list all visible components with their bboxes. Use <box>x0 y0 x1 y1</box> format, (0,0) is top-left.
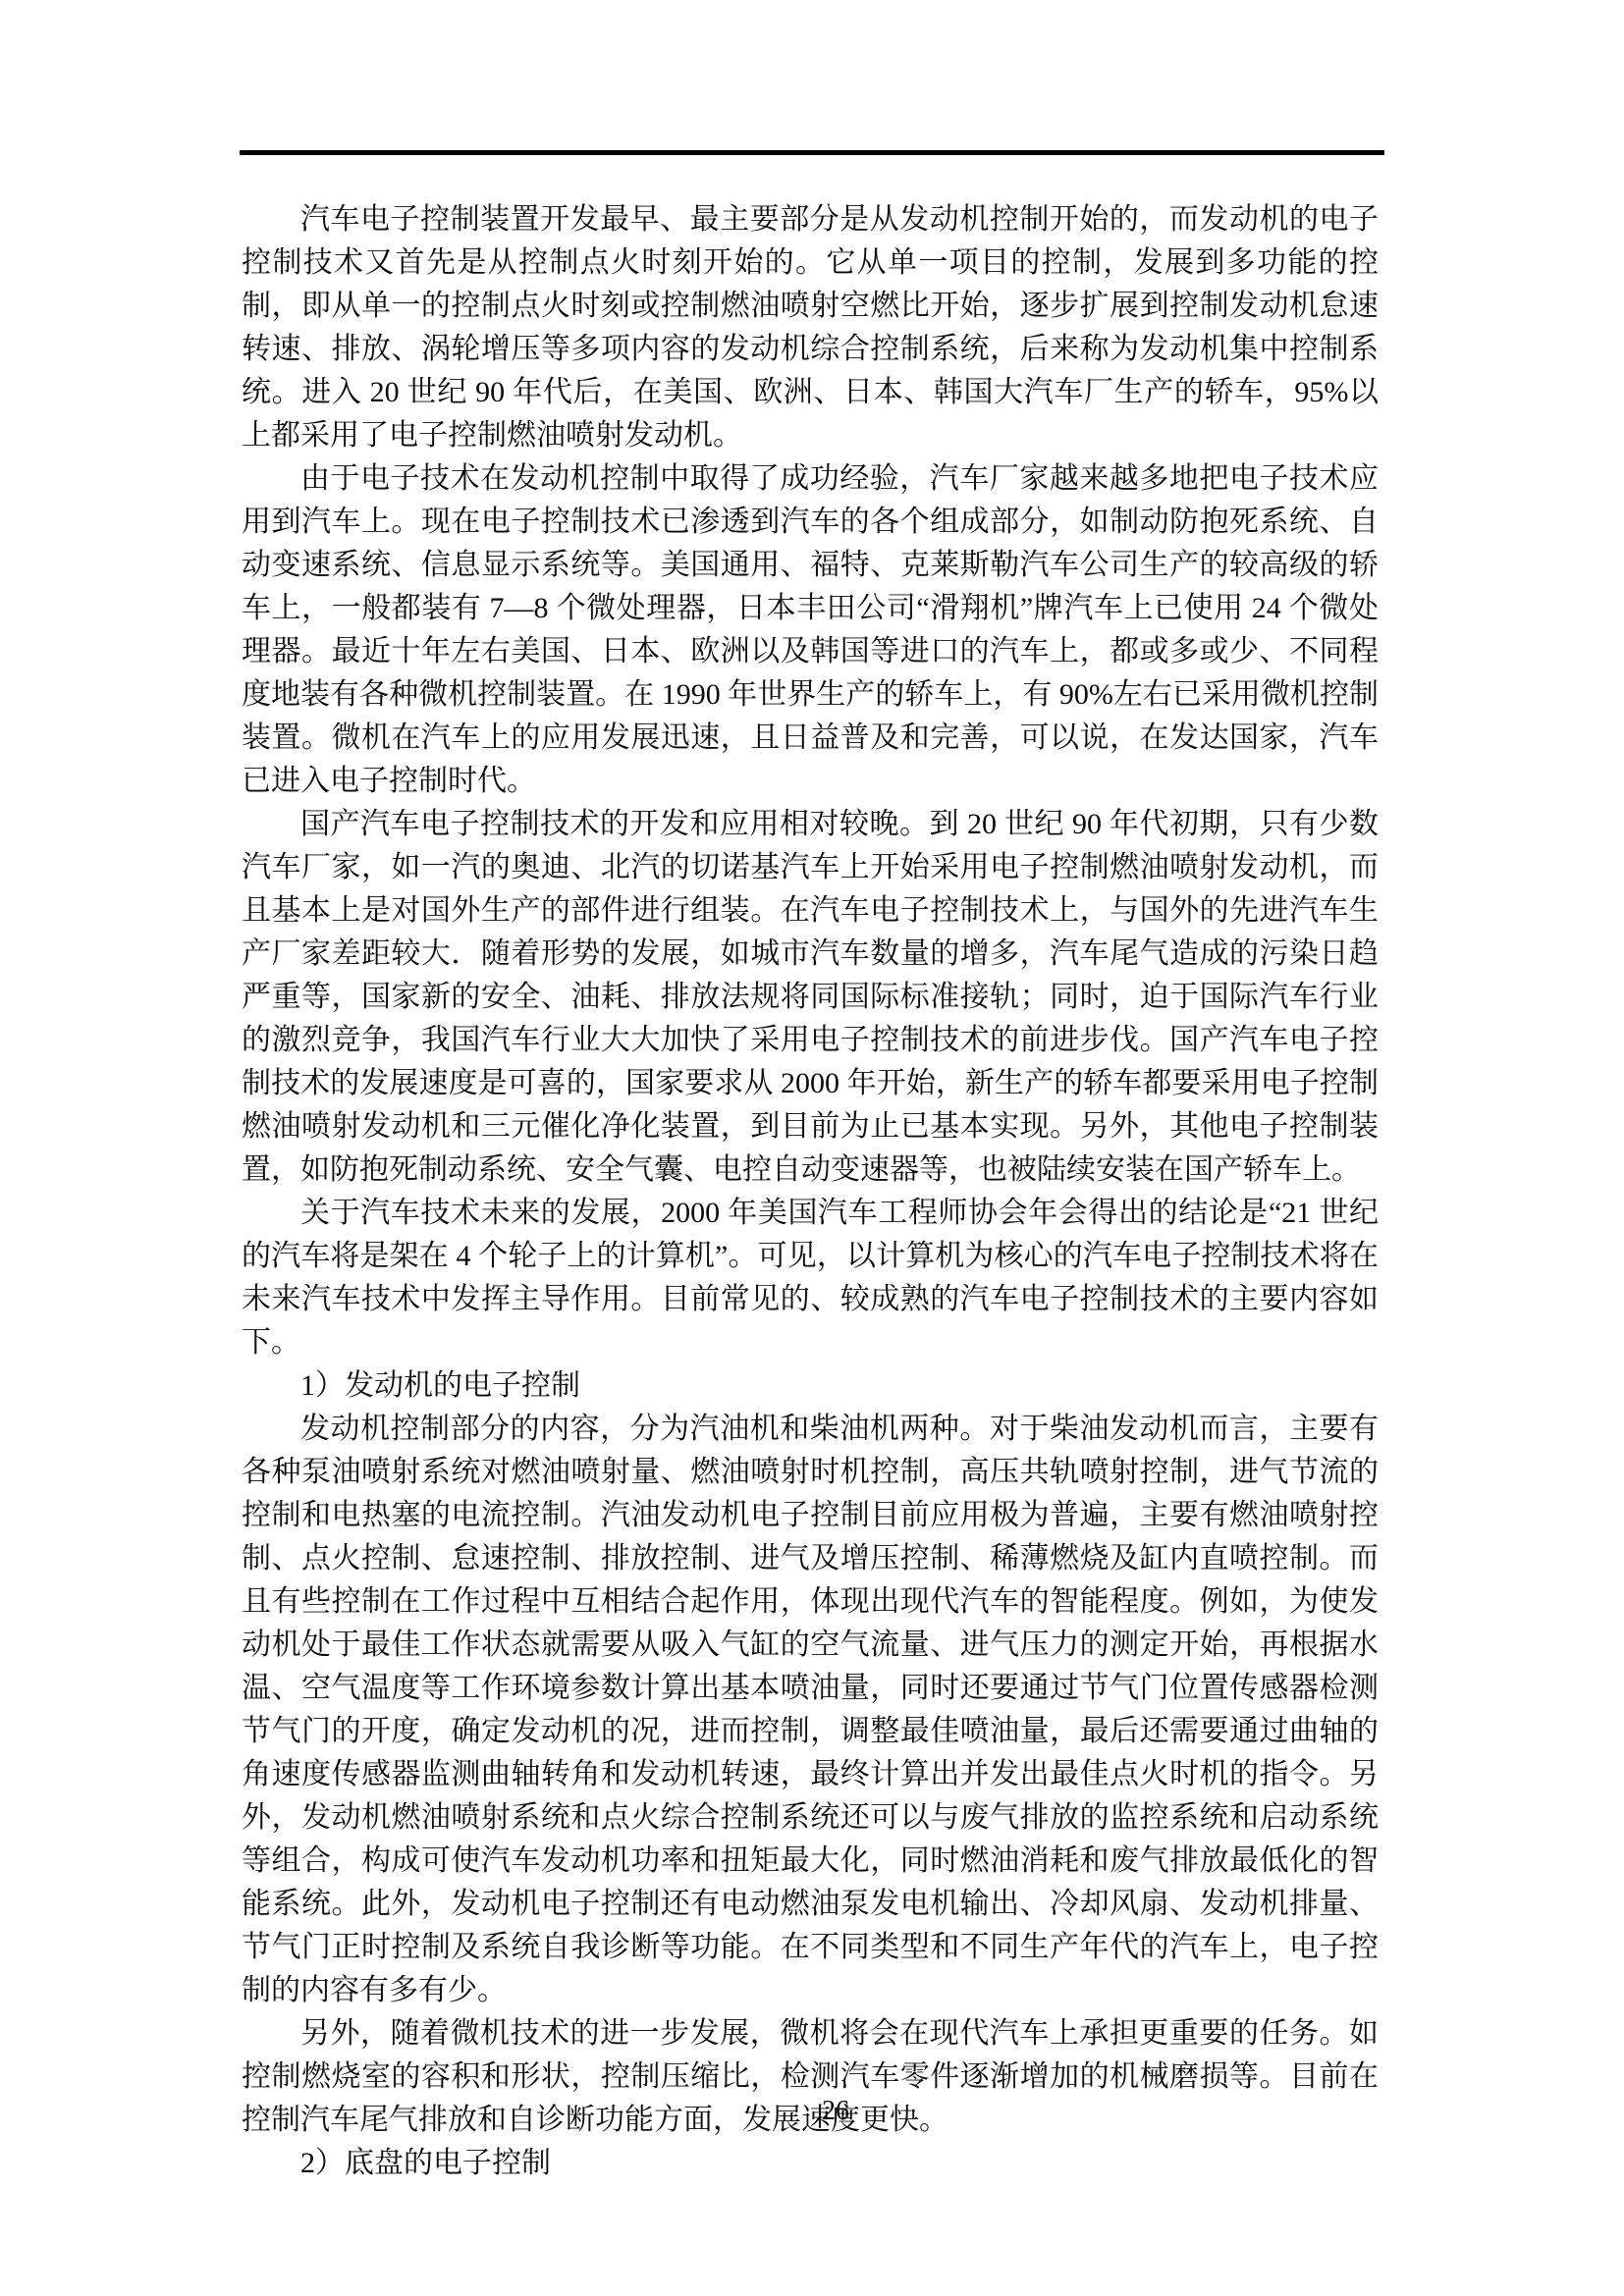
paragraph-electronics-spread: 由于电子技术在发动机控制中取得了成功经验，汽车厂家越来越多地把电子技术应用到汽车… <box>242 457 1379 803</box>
document-body: 汽车电子控制装置开发最早、最主要部分是从发动机控制开始的，而发动机的电子控制技术… <box>242 198 1379 2185</box>
paragraph-engine-history: 汽车电子控制装置开发最早、最主要部分是从发动机控制开始的，而发动机的电子控制技术… <box>242 198 1379 457</box>
heading-engine-electronic-control: 1）发动机的电子控制 <box>242 1364 1379 1408</box>
header-divider <box>240 150 1384 155</box>
page-number: 26 <box>24 2095 1624 2128</box>
paragraph-future-outlook: 关于汽车技术未来的发展，2000 年美国汽车工程师协会年会得出的结论是“21 世… <box>242 1192 1379 1364</box>
paragraph-engine-control-details: 发动机控制部分的内容，分为汽油机和柴油机两种。对于柴油发动机而言，主要有各种泵油… <box>242 1408 1379 2012</box>
document-page: 汽车电子控制装置开发最早、最主要部分是从发动机控制开始的，而发动机的电子控制技术… <box>0 0 1624 2296</box>
paragraph-domestic-development: 国产汽车电子控制技术的开发和应用相对较晚。到 20 世纪 90 年代初期，只有少… <box>242 803 1379 1192</box>
heading-chassis-electronic-control: 2）底盘的电子控制 <box>242 2142 1379 2185</box>
